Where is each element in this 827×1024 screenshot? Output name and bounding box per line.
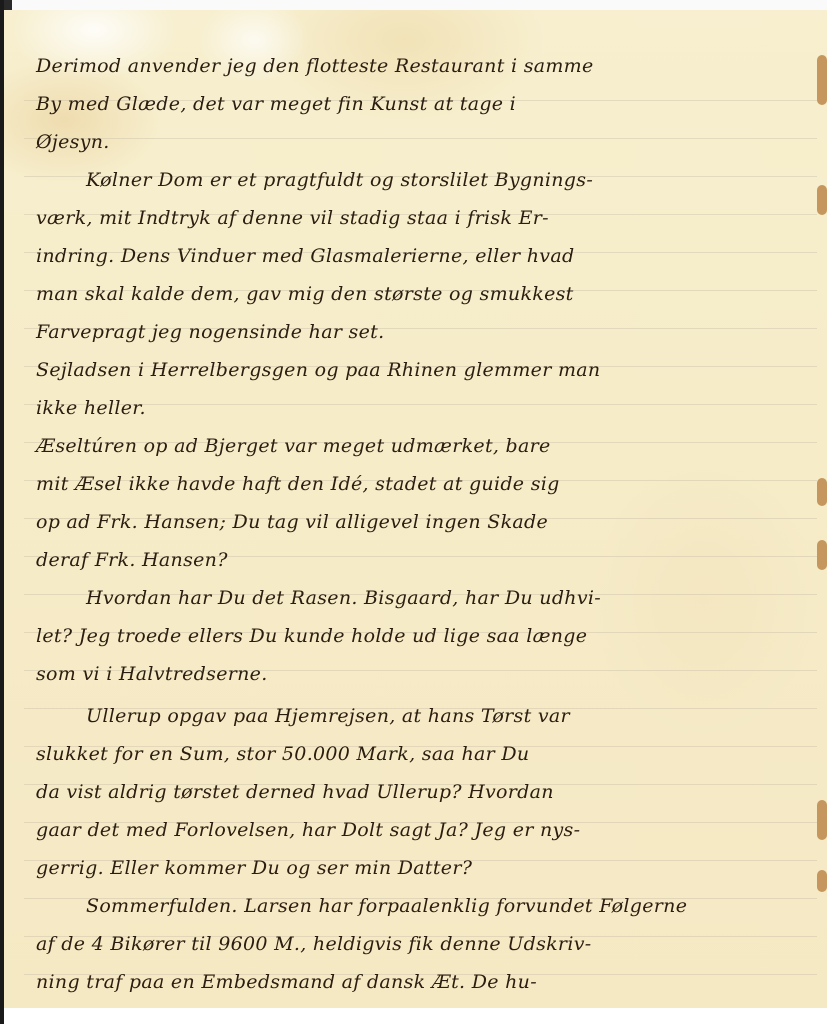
stain-mark	[817, 185, 827, 215]
text-line: værk, mit Indtryk af denne vil stadig st…	[36, 207, 549, 229]
text-line: Kølner Dom er et pragtfuldt og storslile…	[86, 169, 593, 191]
text-line: som vi i Halvtredserne.	[36, 663, 268, 685]
text-line: By med Glæde, det var meget fin Kunst at…	[36, 93, 516, 115]
text-line: mit Æsel ikke havde haft den Idé, stadet…	[36, 473, 560, 495]
stain-mark	[817, 478, 827, 506]
stain-mark	[817, 540, 827, 570]
text-line: indring. Dens Vinduer med Glasmalerierne…	[36, 245, 574, 267]
text-line: Ullerup opgav paa Hjemrejsen, at hans Tø…	[86, 705, 570, 727]
text-line: Øjesyn.	[36, 131, 110, 153]
text-line: gerrig. Eller kommer Du og ser min Datte…	[36, 857, 472, 879]
text-line: Sejladsen i Herrelbergsgen og paa Rhinen…	[36, 359, 600, 381]
text-line: op ad Frk. Hansen; Du tag vil alligevel …	[36, 511, 548, 533]
scan-bottom-edge	[4, 1008, 827, 1024]
text-line: ning traf paa en Embedsmand af dansk Æt.…	[36, 971, 537, 993]
text-line: gaar det med Forlovelsen, har Dolt sagt …	[36, 819, 580, 841]
text-line: Derimod anvender jeg den flotteste Resta…	[36, 55, 594, 77]
text-line: Farvepragt jeg nogensinde har set.	[36, 321, 384, 343]
stain-mark	[817, 800, 827, 840]
letter-page: Derimod anvender jeg den flotteste Resta…	[0, 0, 827, 1024]
text-line: deraf Frk. Hansen?	[36, 549, 228, 571]
ruled-line	[24, 138, 817, 139]
text-line: da vist aldrig tørstet derned hvad Uller…	[36, 781, 554, 803]
stain-mark	[817, 55, 827, 105]
text-line: Sommerfulden. Larsen har forpaalenklig f…	[86, 895, 687, 917]
text-line: slukket for en Sum, stor 50.000 Mark, sa…	[36, 743, 529, 765]
text-line: man skal kalde dem, gav mig den største …	[36, 283, 574, 305]
stain-mark	[817, 870, 827, 892]
text-line: ikke heller.	[36, 397, 146, 419]
text-line: Hvordan har Du det Rasen. Bisgaard, har …	[86, 587, 601, 609]
text-line: af de 4 Bikører til 9600 M., heldigvis f…	[36, 933, 591, 955]
text-line: let? Jeg troede ellers Du kunde holde ud…	[36, 625, 587, 647]
scan-top-edge	[4, 0, 827, 10]
text-line: Æseltúren op ad Bjerget var meget udmærk…	[36, 435, 551, 457]
